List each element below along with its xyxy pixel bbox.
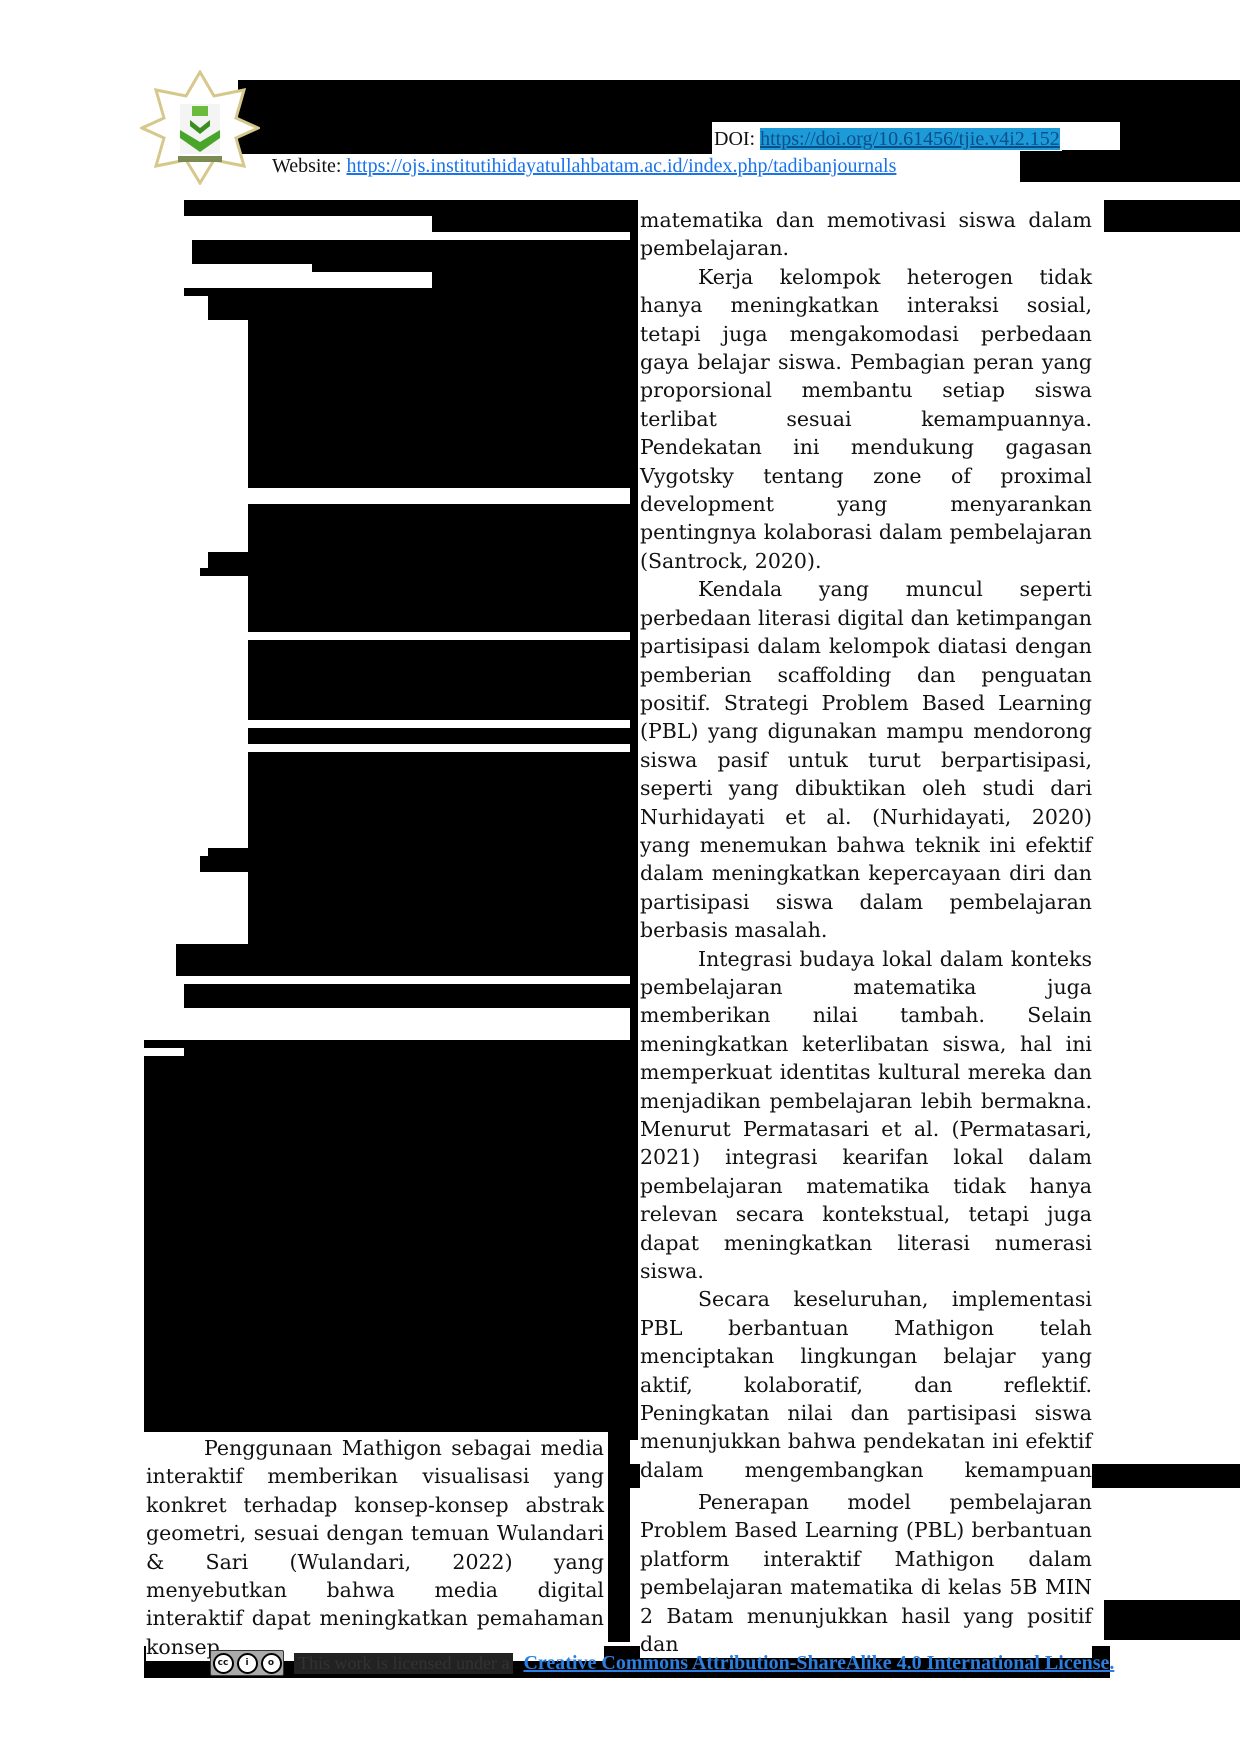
redacted-left-block-1	[184, 200, 632, 216]
redacted-left-block-14	[248, 728, 632, 744]
redacted-left-block-10	[208, 552, 632, 568]
website-line: Website: https://ojs.institutihidayatull…	[272, 155, 896, 178]
redacted-left-block-3	[192, 240, 632, 264]
doi-link[interactable]: https://doi.org/10.61456/tjie.v4i2.152	[760, 128, 1060, 150]
paragraph-overall: Secara keseluruhan, implementasi PBL ber…	[640, 1285, 1092, 1512]
redacted-right-edge-top	[1104, 200, 1240, 232]
cc-icon: cc	[213, 1653, 234, 1674]
license-prefix: This work is licensed under a	[294, 1653, 513, 1674]
redacted-left-bottom-edge	[608, 1432, 630, 1642]
redacted-right-edge-bottom	[1104, 1600, 1240, 1640]
redacted-left-block-13	[248, 640, 632, 720]
redacted-left-block-7	[208, 296, 632, 320]
redacted-left-block-15	[248, 752, 632, 848]
redacted-left-block-5	[432, 272, 632, 288]
redacted-left-block-19	[176, 944, 632, 976]
redacted-left-block-2	[432, 216, 632, 232]
doi-label: DOI:	[714, 128, 755, 150]
redacted-left-block-23	[144, 1056, 632, 1432]
redacted-doi-right	[1120, 122, 1240, 152]
redacted-left-block-12	[248, 576, 632, 632]
sa-icon: o	[261, 1653, 282, 1674]
redacted-left-edge-1	[144, 1040, 204, 1048]
license-footer: cc i o This work is licensed under a Cre…	[210, 1650, 1114, 1676]
redacted-left-block-20	[184, 984, 632, 1008]
conclusion-body: Penerapan model pembelajaran Problem Bas…	[640, 1488, 1092, 1658]
redacted-left-block-17	[200, 856, 632, 872]
paragraph-obstacles: Kendala yang muncul seperti perbedaan li…	[640, 575, 1092, 944]
paragraph-continuation: matematika dan memotivasi siswa dalam pe…	[640, 206, 1092, 263]
website-link[interactable]: https://ojs.institutihidayatullahbatam.a…	[346, 155, 896, 177]
doi-line: DOI: https://doi.org/10.61456/tjie.v4i2.…	[712, 128, 1062, 151]
redacted-header-right	[1096, 104, 1240, 118]
redacted-left-block-11	[200, 568, 632, 576]
website-label: Website:	[272, 155, 341, 177]
paragraph-group-work: Kerja kelompok heterogen tidak hanya men…	[640, 263, 1092, 575]
paragraph-local-culture: Integrasi budaya lokal dalam konteks pem…	[640, 945, 1092, 1286]
cc-license-badge[interactable]: cc i o	[210, 1650, 284, 1676]
redacted-left-block-8	[248, 320, 632, 488]
left-column-body: Penggunaan Mathigon sebagai media intera…	[146, 1434, 604, 1661]
redacted-header-band	[238, 80, 1240, 122]
redacted-header-left	[238, 120, 712, 154]
redacted-left-block-6	[184, 288, 632, 296]
redacted-right-gutter	[630, 200, 638, 1440]
by-icon: i	[237, 1653, 258, 1674]
right-column-body: matematika dan memotivasi siswa dalam pe…	[640, 206, 1092, 1513]
redacted-left-block-18	[248, 872, 632, 944]
journal-logo	[140, 70, 260, 185]
license-link[interactable]: Creative Commons Attribution-ShareAlike …	[523, 1652, 1114, 1675]
redacted-header-strip	[1020, 150, 1240, 182]
paragraph-mathigon-usage: Penggunaan Mathigon sebagai media intera…	[146, 1434, 604, 1661]
paragraph-conclusion: Penerapan model pembelajaran Problem Bas…	[640, 1488, 1092, 1658]
redacted-left-block-4	[312, 264, 632, 272]
redacted-left-block-22	[200, 1048, 632, 1056]
